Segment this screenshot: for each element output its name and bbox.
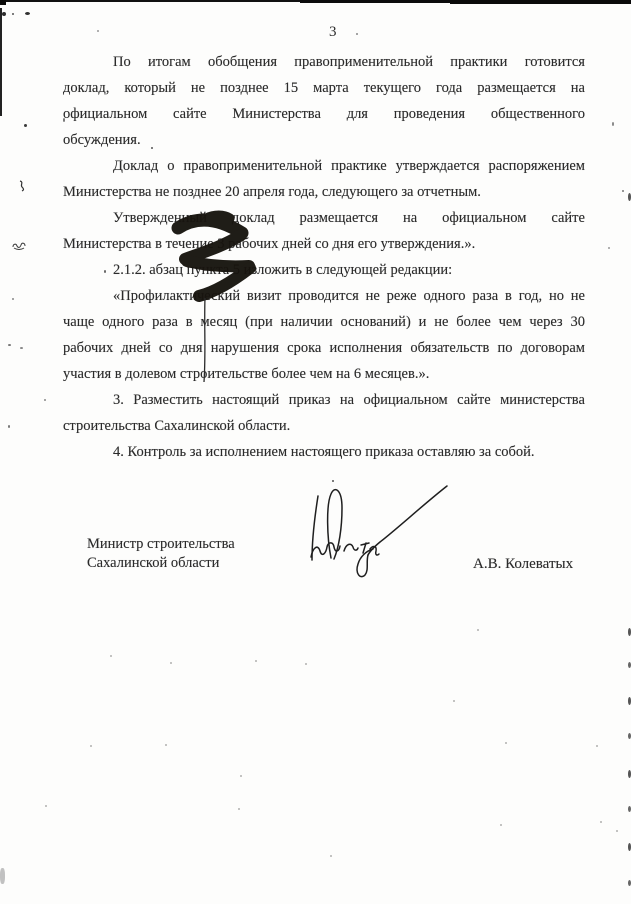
scan-speck: [90, 745, 92, 747]
scan-speck: [12, 13, 14, 15]
scan-speck: [12, 298, 14, 300]
scan-edge-corner: [0, 0, 6, 5]
scan-speck: [45, 805, 47, 807]
scan-speck: [255, 660, 257, 662]
scan-speck: [477, 629, 479, 631]
scan-speck: [97, 30, 99, 32]
scan-edge-bottom-left: [0, 868, 5, 884]
scan-edge-top: [450, 0, 631, 4]
text-line: 3.Разместитьнастоящийприказнаофициальном…: [63, 387, 585, 413]
scan-speck: [505, 742, 507, 744]
scan-speck: [330, 855, 332, 857]
scan-speck: [240, 775, 242, 777]
text-line: 2.1.2. абзац пункта 5 изложить в следующ…: [63, 257, 585, 283]
scan-speck: [356, 33, 358, 35]
scan-speck: [305, 663, 307, 665]
scan-speck: [238, 808, 240, 810]
scanned-document-page: 3 Поитогамобобщенияправоприменительнойпр…: [0, 0, 631, 904]
scan-speck: [608, 247, 610, 249]
text-line: обсуждения.: [63, 127, 585, 153]
signatory-title-line2: Сахалинской области: [87, 554, 235, 573]
scan-speck: [110, 655, 112, 657]
scan-speck: [25, 12, 30, 15]
scan-speck: [63, 118, 65, 122]
scan-edge-left: [0, 8, 2, 116]
document-body: Поитогамобобщенияправоприменительнойпрак…: [63, 49, 585, 465]
scan-speck: [600, 821, 602, 823]
text-line: Утвержденныйдокладразмещаетсянаофициальн…: [63, 205, 585, 231]
text-line: рабочихднейсоднянарушениясрокаисполнения…: [63, 335, 585, 361]
scan-speck: [170, 662, 172, 664]
scan-speck: [8, 425, 10, 428]
scan-speck: [8, 344, 11, 346]
scan-speck: [622, 190, 624, 192]
text-line: доклад,которыйнепозднее15мартатекущегого…: [63, 75, 585, 101]
signatory-title: Министр строительства Сахалинской област…: [87, 535, 235, 572]
scan-speck: [500, 824, 502, 826]
scan-speck: [104, 270, 106, 273]
scan-speck: [44, 399, 46, 401]
signatory-title-line1: Министр строительства: [87, 535, 235, 554]
text-line: Поитогамобобщенияправоприменительнойпрак…: [63, 49, 585, 75]
text-line: Министерства не позднее 20 апреля года, …: [63, 179, 585, 205]
text-line: официальномсайтеМинистерствадляпроведени…: [63, 101, 585, 127]
text-line: Докладоправоприменительнойпрактикеутверж…: [63, 153, 585, 179]
text-line: чащеодногоразавмесяц(приналичииоснований…: [63, 309, 585, 335]
scan-speck: [596, 745, 598, 747]
scan-speck: [616, 830, 618, 832]
scan-speck: [612, 122, 614, 126]
text-line: строительства Сахалинской области.: [63, 413, 585, 439]
scan-speck: [24, 124, 27, 127]
scan-speck: [453, 700, 455, 702]
text-line: 4. Контроль за исполнением настоящего пр…: [63, 439, 585, 465]
text-line: Министерства в течение 3 рабочих дней со…: [63, 231, 585, 257]
signatory-name: А.В. Колеватых: [473, 556, 573, 573]
scan-speck: [151, 147, 153, 149]
scan-speck: [20, 347, 23, 349]
text-line: «Профилактическийвизитпроводитсянережеод…: [63, 283, 585, 309]
scan-speck: [165, 744, 167, 746]
text-line: участия в долевом строительстве более че…: [63, 361, 585, 387]
handwritten-signature: [290, 465, 470, 600]
scan-speck: [2, 12, 6, 16]
page-number: 3: [320, 24, 346, 41]
